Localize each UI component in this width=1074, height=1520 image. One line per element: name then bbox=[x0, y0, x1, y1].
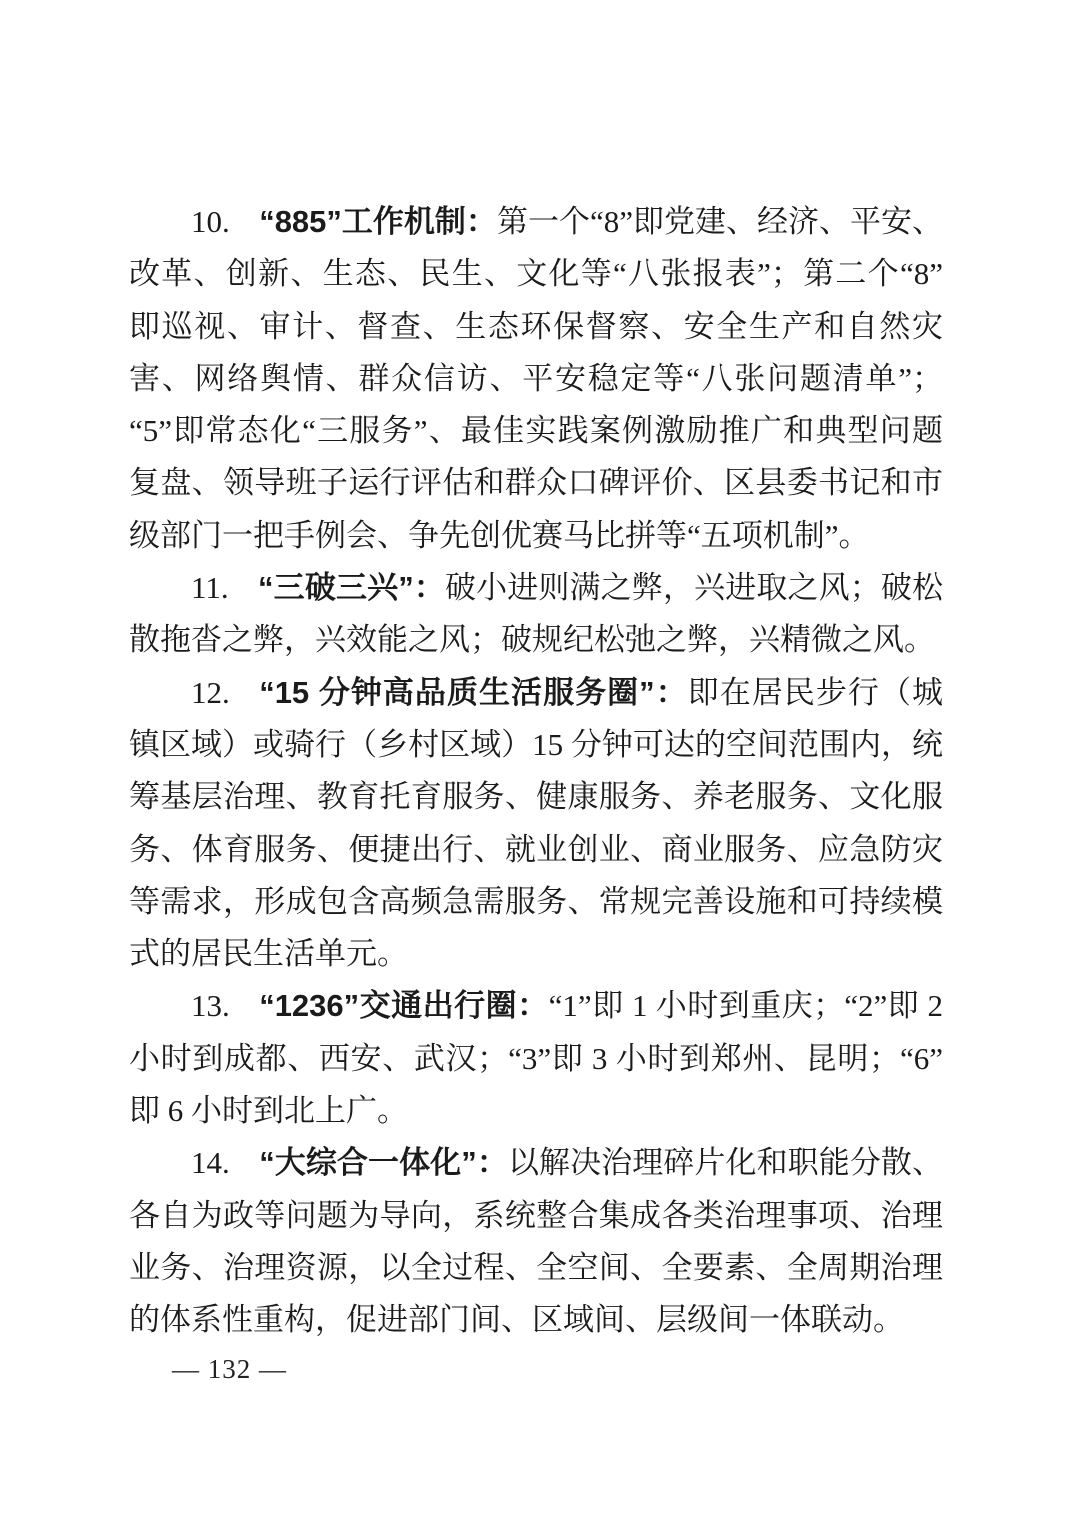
item-term: “1236”交通出行圈： bbox=[259, 988, 548, 1023]
item-body: 破小进则满之弊，兴进取之风；破松散拖沓之弊，兴效能之风；破规纪松弛之弊，兴精微之… bbox=[129, 570, 943, 657]
page-number: — 132 — bbox=[172, 1352, 287, 1386]
item-number: 12. bbox=[191, 675, 230, 710]
item-number: 13. bbox=[191, 988, 230, 1023]
item-number: 11. bbox=[191, 570, 229, 605]
document-page: 10.“885”工作机制：第一个“8”即党建、经济、平安、改革、创新、生态、民生… bbox=[0, 0, 1074, 1520]
glossary-item-13: 13.“1236”交通出行圈：“1”即 1 小时到重庆；“2”即 2 小时到成都… bbox=[129, 980, 943, 1137]
glossary-item-10: 10.“885”工作机制：第一个“8”即党建、经济、平安、改革、创新、生态、民生… bbox=[129, 196, 943, 562]
glossary-list: 10.“885”工作机制：第一个“8”即党建、经济、平安、改革、创新、生态、民生… bbox=[129, 196, 943, 1347]
item-term: “大综合一体化”： bbox=[259, 1145, 508, 1180]
item-term: “15 分钟高品质生活服务圈”： bbox=[259, 675, 688, 710]
item-body: 第一个“8”即党建、经济、平安、改革、创新、生态、民生、文化等“八张报表”；第二… bbox=[129, 204, 943, 553]
glossary-item-14: 14.“大综合一体化”：以解决治理碎片化和职能分散、各自为政等问题为导向，系统整… bbox=[129, 1137, 943, 1346]
glossary-item-11: 11.“三破三兴”：破小进则满之弊，兴进取之风；破松散拖沓之弊，兴效能之风；破规… bbox=[129, 562, 943, 667]
item-term: “三破三兴”： bbox=[258, 570, 445, 605]
item-number: 10. bbox=[191, 204, 230, 239]
item-body: 即在居民步行（城镇区域）或骑行（乡村区域）15 分钟可达的空间范围内，统筹基层治… bbox=[129, 675, 943, 971]
item-number: 14. bbox=[191, 1145, 230, 1180]
item-term: “885”工作机制： bbox=[259, 204, 497, 239]
item-body: 以解决治理碎片化和职能分散、各自为政等问题为导向，系统整合集成各类治理事项、治理… bbox=[129, 1145, 943, 1337]
glossary-item-12: 12.“15 分钟高品质生活服务圈”：即在居民步行（城镇区域）或骑行（乡村区域）… bbox=[129, 667, 943, 981]
